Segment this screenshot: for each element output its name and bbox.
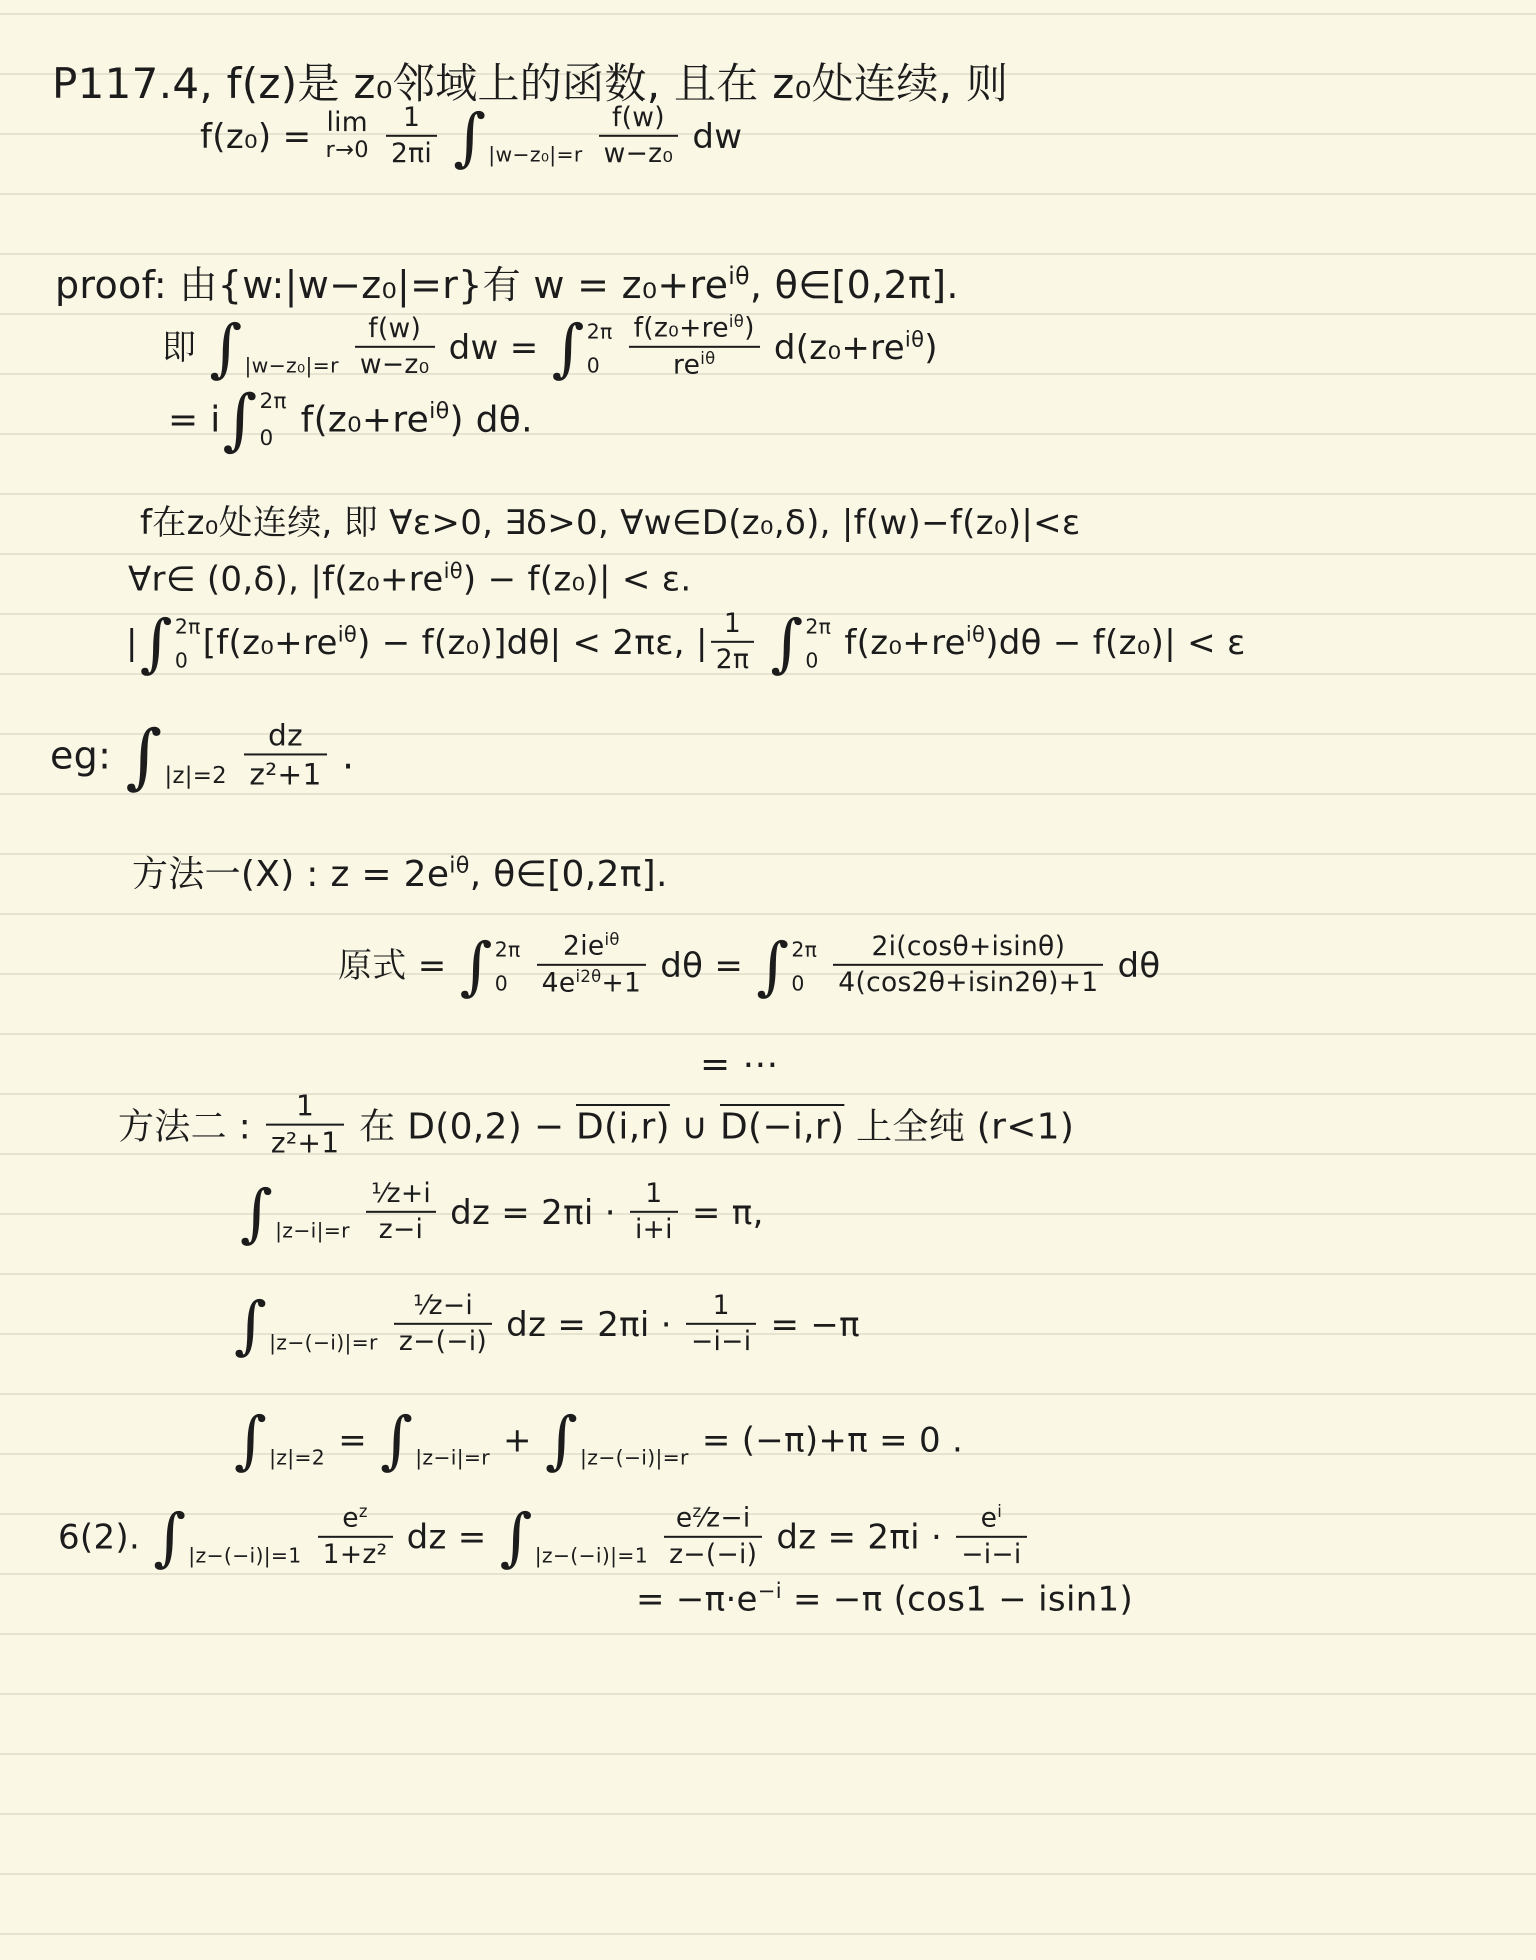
integral: ∫2π0 [552,318,613,378]
superscript: iθ [444,558,463,583]
integral-sign-icon: ∫ [756,936,789,996]
fraction: f(w)w−z₀ [355,314,435,379]
math-text [757,623,768,663]
handwritten-notes-screenshot: { "page": { "bg": "#faf7e5", "rule": "#e… [0,0,1536,1960]
superscript: iθ [729,312,744,331]
math-text: = π, [681,1193,764,1233]
superscript: iθ [605,930,620,949]
math-text: [f(z₀+re [203,623,338,663]
fraction: ei−i−i [956,1503,1026,1569]
superscript: i [997,1502,1002,1521]
numerator: 2i(cosθ+isinθ) [833,932,1103,964]
numerator: f(w) [355,314,435,346]
integral-limits: |z−(−i)|=1 [535,1508,648,1568]
note-line-title: P117.4, f(z)是 z₀邻域上的函数, 且在 z₀处连续, 则 [52,58,1008,111]
numerator: f(z₀+reiθ) [629,313,760,346]
integral-limits: 2π0 [260,388,287,451]
note-line-continuity-line-3: |∫2π0[f(z₀+reiθ) − f(z₀)]dθ| < 2πε, |12π… [126,612,1246,677]
integral-sign-icon: ∫ [380,1410,413,1470]
integral-limits: |z−(−i)|=1 [188,1508,301,1568]
math-text: eg: [50,734,124,778]
integral-sign-icon: ∫ [770,613,803,673]
upper-limit: 2π [587,321,613,341]
numerator: ez⁄z−i [664,1503,762,1536]
math-text: dz = [396,1518,498,1558]
integral-sign-icon: ∫ [500,1508,533,1568]
numerator: dz [244,718,326,753]
denominator: i+i [630,1211,678,1245]
integral-limits: |z−(−i)|=r [269,1295,378,1355]
math-text: ) − f(z₀)| < ε. [463,560,692,600]
numerator: ez [318,1503,393,1536]
upper-limit: 2π [805,616,831,636]
superscript: iθ [429,398,449,424]
integral-sign-icon: ∫ [552,318,585,378]
note-line-method-1: 方法一(X) : z = 2eiθ, θ∈[0,2π]. [132,852,668,897]
note-line-proof-line-2: 即 ∫|w−z₀|=r f(w)w−z₀ dw = ∫2π0 f(z₀+reiθ… [162,316,938,383]
fraction: ¹⁄z+iz−i [366,1179,436,1244]
math-text [585,117,596,157]
math-text: )dθ − f(z₀)| < ε [985,623,1245,663]
math-text: . [330,734,355,778]
note-line-method-1-dots: = ⋯ [700,1042,779,1087]
superscript: iθ [728,262,750,290]
superscript: −i [758,1578,782,1603]
superscript: z [692,1502,701,1521]
math-text: = [327,1420,378,1460]
math-text: , θ∈[0,2π]. [470,854,668,895]
math-text [819,946,830,986]
math-text: ) − f(z₀)]dθ| < 2πε, | [357,623,708,663]
denominator: 2π [711,641,754,675]
math-text [372,117,383,157]
upper-limit [415,1413,490,1433]
lower-limit: 0 [587,355,613,375]
upper-limit [275,1186,350,1206]
denominator: 1+z² [318,1535,393,1569]
denominator: −i−i [956,1535,1026,1569]
denominator: r→0 [325,138,368,163]
note-line-cauchy-limit-formula: f(z₀) = limr→0 12πi ∫|w−z₀|=r f(w)w−z₀ d… [200,106,742,171]
integral: ∫|z|=2 [234,1410,325,1470]
integral: ∫|w−z₀|=r [453,107,582,167]
upper-limit: 2π [260,391,287,413]
math-text: 即 [162,328,207,368]
fraction: 1z²+1 [266,1091,345,1160]
upper-limit [535,1511,648,1531]
note-line-example: eg: ∫|z|=2 dzz²+1 . [50,722,354,794]
denominator: 4ei2θ+1 [537,963,646,998]
integral-limits: |z−i|=r [415,1410,490,1470]
fraction: 12πi [386,103,437,168]
math-text [615,328,626,368]
lower-limit: 0 [495,973,521,993]
lower-limit: 0 [791,973,817,993]
denominator: w−z₀ [355,345,435,379]
integral-limits: |z−i|=r [275,1183,350,1243]
integral-sign-icon: ∫ [140,613,173,673]
integral-sign-icon: ∫ [545,1410,578,1470]
integral-limits: 2π0 [791,936,817,996]
lower-limit: 0 [175,650,201,670]
numerator: 1 [386,103,437,135]
numerator: ei [956,1503,1026,1536]
integral: ∫|z−(−i)|=r [234,1295,378,1355]
numerator: 2ieiθ [537,931,646,964]
fraction: 1−i−i [686,1291,756,1356]
math-text: 在 D(0,2) − [347,1106,576,1147]
math-text: = −π·e [636,1580,758,1620]
lower-limit: |w−z₀|=r [488,144,582,164]
superscript: i2θ [575,966,601,985]
math-text: f在z₀处连续, 即 ∀ε>0, ∃δ>0, ∀w∈D(z₀,δ), |f(w)… [140,503,1081,543]
fraction: 1i+i [630,1179,678,1244]
lower-limit: 0 [805,650,831,670]
denominator: reiθ [629,345,760,380]
lower-limit: |z|=2 [269,1448,325,1468]
math-text: 6(2). [58,1518,151,1558]
math-text: 上全纯 (r<1) [844,1106,1074,1147]
note-line-sum-line: ∫|z|=2 = ∫|z−i|=r + ∫|z−(−i)|=r = (−π)+π… [232,1412,963,1472]
math-text [650,1518,661,1558]
superscript: iθ [449,853,469,879]
math-text: dz = 2πi · [495,1305,683,1345]
math-text: = −π [759,1305,860,1345]
integral-limits: |z|=2 [269,1410,325,1470]
overlined-set: D(i,r) [576,1106,670,1147]
note-line-residue-at-minus-i: ∫|z−(−i)|=r ¹⁄z−iz−(−i) dz = 2πi · 1−i−i… [232,1294,860,1359]
math-text: ∪ [670,1106,720,1147]
integral-limits: 2π0 [495,936,521,996]
denominator: z−(−i) [394,1323,492,1357]
integral-sign-icon: ∫ [126,723,163,790]
overlined-set: D(−i,r) [720,1106,844,1147]
numerator: 1 [686,1291,756,1323]
upper-limit: 2π [495,939,521,959]
integral: ∫2π0 [770,613,831,673]
integral: ∫|z−(−i)|=1 [500,1508,648,1568]
numerator: 1 [266,1091,345,1124]
lower-limit: |z−(−i)|=1 [535,1545,648,1565]
lower-limit: |z−(−i)|=1 [188,1545,301,1565]
integral-limits: |z−(−i)|=r [580,1410,689,1470]
math-text [352,1193,363,1233]
note-line-method-1-eval: 原式 = ∫2π0 2ieiθ4ei2θ+1 dθ = ∫2π0 2i(cosθ… [338,934,1161,1001]
superscript: iθ [700,348,715,367]
math-text: dw = [438,328,550,368]
integral: ∫|w−z₀|=r [209,318,338,378]
superscript: iθ [905,326,924,351]
integral-sign-icon: ∫ [153,1508,186,1568]
math-text [380,1305,391,1345]
fraction: ez1+z² [318,1503,393,1569]
math-text: P117.4, f(z)是 z₀邻域上的函数, 且在 z₀处连续, 则 [52,59,1008,108]
math-text: = i [168,400,221,441]
integral-limits: 2π0 [587,318,613,378]
fraction: ez⁄z−iz−(−i) [664,1503,762,1569]
integral-limits: |w−z₀|=r [245,318,339,378]
lower-limit: |z−(−i)|=r [269,1332,378,1352]
math-text: d(z₀+re [763,328,905,368]
math-text: f(z₀+re [833,623,966,663]
denominator: 4(cos2θ+isin2θ)+1 [833,963,1103,997]
note-line-proof-line-3: = i∫2π0 f(z₀+reiθ) dθ. [168,390,533,453]
superscript: z [359,1502,368,1521]
lower-limit: 0 [260,428,287,450]
math-text: proof: 由{w:|w−z₀|=r}有 w = z₀+re [55,263,728,307]
upper-limit: 2π [175,616,201,636]
integral: ∫|z−(−i)|=r [545,1410,689,1470]
denominator: z−i [366,1211,436,1245]
fraction: 2i(cosθ+isinθ)4(cos2θ+isin2θ)+1 [833,932,1103,997]
math-text: 方法二 : [118,1106,263,1147]
math-text [523,946,534,986]
integral-sign-icon: ∫ [460,936,493,996]
integral: ∫|z−i|=r [380,1410,490,1470]
integral-sign-icon: ∫ [234,1410,267,1470]
lower-limit: |z−i|=r [415,1448,490,1468]
math-text [229,734,241,778]
upper-limit [269,1413,325,1433]
math-text: f(z₀+re [289,400,429,441]
integral-sign-icon: ∫ [234,1295,267,1355]
integral: ∫2π0 [756,936,817,996]
denominator: −i−i [686,1323,756,1357]
denominator: w−z₀ [599,135,679,169]
fraction: dzz²+1 [244,718,326,790]
denominator: z²+1 [266,1124,345,1159]
note-line-problem-6-2-result: = −π·e−i = −π (cos1 − isin1) [636,1578,1133,1621]
upper-limit [188,1511,301,1531]
fraction: 2ieiθ4ei2θ+1 [537,931,646,998]
numerator: 1 [630,1179,678,1211]
numerator: 1 [711,609,754,641]
notebook-page: P117.4, f(z)是 z₀邻域上的函数, 且在 z₀处连续, 则f(z₀)… [0,0,1536,1960]
denominator: 2πi [386,135,437,169]
integral-limits: |z|=2 [165,723,227,790]
upper-limit [580,1413,689,1433]
note-line-continuity-line-1: f在z₀处连续, 即 ∀ε>0, ∃δ>0, ∀w∈D(z₀,δ), |f(w)… [140,502,1081,545]
math-text: dθ = [649,946,754,986]
math-text: = −π (cos1 − isin1) [782,1580,1133,1620]
math-text [341,328,352,368]
integral-sign-icon: ∫ [223,388,258,451]
integral-limits: 2π0 [175,613,201,673]
note-line-method-2: 方法二 : 1z²+1 在 D(0,2) − D(i,r) ∪ D(−i,r) … [118,1094,1074,1163]
superscript: iθ [338,622,357,647]
integral-sign-icon: ∫ [209,318,242,378]
math-text: ∀r∈ (0,δ), |f(z₀+re [128,560,444,600]
fraction: 12π [711,609,754,674]
math-text: | [126,623,138,663]
integral: ∫|z−(−i)|=1 [153,1508,301,1568]
math-text: dw [681,117,742,157]
math-text: dθ [1106,946,1160,986]
integral: ∫2π0 [460,936,521,996]
math-text: f(z₀) = [200,117,322,157]
note-line-problem-6-2: 6(2). ∫|z−(−i)|=1 ez1+z² dz = ∫|z−(−i)|=… [58,1506,1030,1572]
lower-limit: |w−z₀|=r [245,355,339,375]
note-line-proof-line-1: proof: 由{w:|w−z₀|=r}有 w = z₀+reiθ, θ∈[0,… [55,262,959,310]
lower-limit: |z|=2 [165,765,227,788]
fraction: ¹⁄z−iz−(−i) [394,1291,492,1356]
fraction: f(z₀+reiθ)reiθ [629,313,760,380]
upper-limit [269,1298,378,1318]
math-text: ) dθ. [450,400,533,441]
integral: ∫|z|=2 [126,723,227,790]
numerator: ¹⁄z+i [366,1179,436,1211]
lower-limit: |z−i|=r [275,1220,350,1240]
math-text: ) [924,328,938,368]
limit-stack: limr→0 [325,108,368,163]
numerator: ¹⁄z−i [394,1291,492,1323]
upper-limit: 2π [791,939,817,959]
integral-sign-icon: ∫ [453,107,486,167]
integral: ∫2π0 [140,613,201,673]
math-text: = (−π)+π = 0 . [691,1420,963,1460]
numerator: f(w) [599,103,679,135]
lower-limit: |z−(−i)|=r [580,1448,689,1468]
superscript: iθ [966,622,985,647]
note-line-continuity-line-2: ∀r∈ (0,δ), |f(z₀+reiθ) − f(z₀)| < ε. [128,558,692,601]
denominator: z²+1 [244,754,326,791]
math-text: + [492,1420,543,1460]
math-text [304,1518,315,1558]
integral: ∫2π0 [223,388,287,451]
math-text: , θ∈[0,2π]. [750,263,959,307]
numerator: lim [325,108,368,138]
upper-limit [165,726,227,749]
math-text [440,117,451,157]
note-line-residue-at-i: ∫|z−i|=r ¹⁄z+iz−i dz = 2πi · 1i+i = π, [238,1182,764,1247]
integral-limits: 2π0 [805,613,831,673]
math-text: 原式 = [338,946,458,986]
math-text: 方法一(X) : z = 2e [132,854,449,895]
math-text: dz = 2πi · [765,1518,953,1558]
math-text: dz = 2πi · [439,1193,627,1233]
fraction: f(w)w−z₀ [599,103,679,168]
integral-limits: |w−z₀|=r [488,107,582,167]
math-text: = ⋯ [700,1044,779,1085]
upper-limit [245,321,339,341]
integral-sign-icon: ∫ [240,1183,273,1243]
upper-limit [488,110,582,130]
denominator: z−(−i) [664,1535,762,1569]
integral: ∫|z−i|=r [240,1183,350,1243]
